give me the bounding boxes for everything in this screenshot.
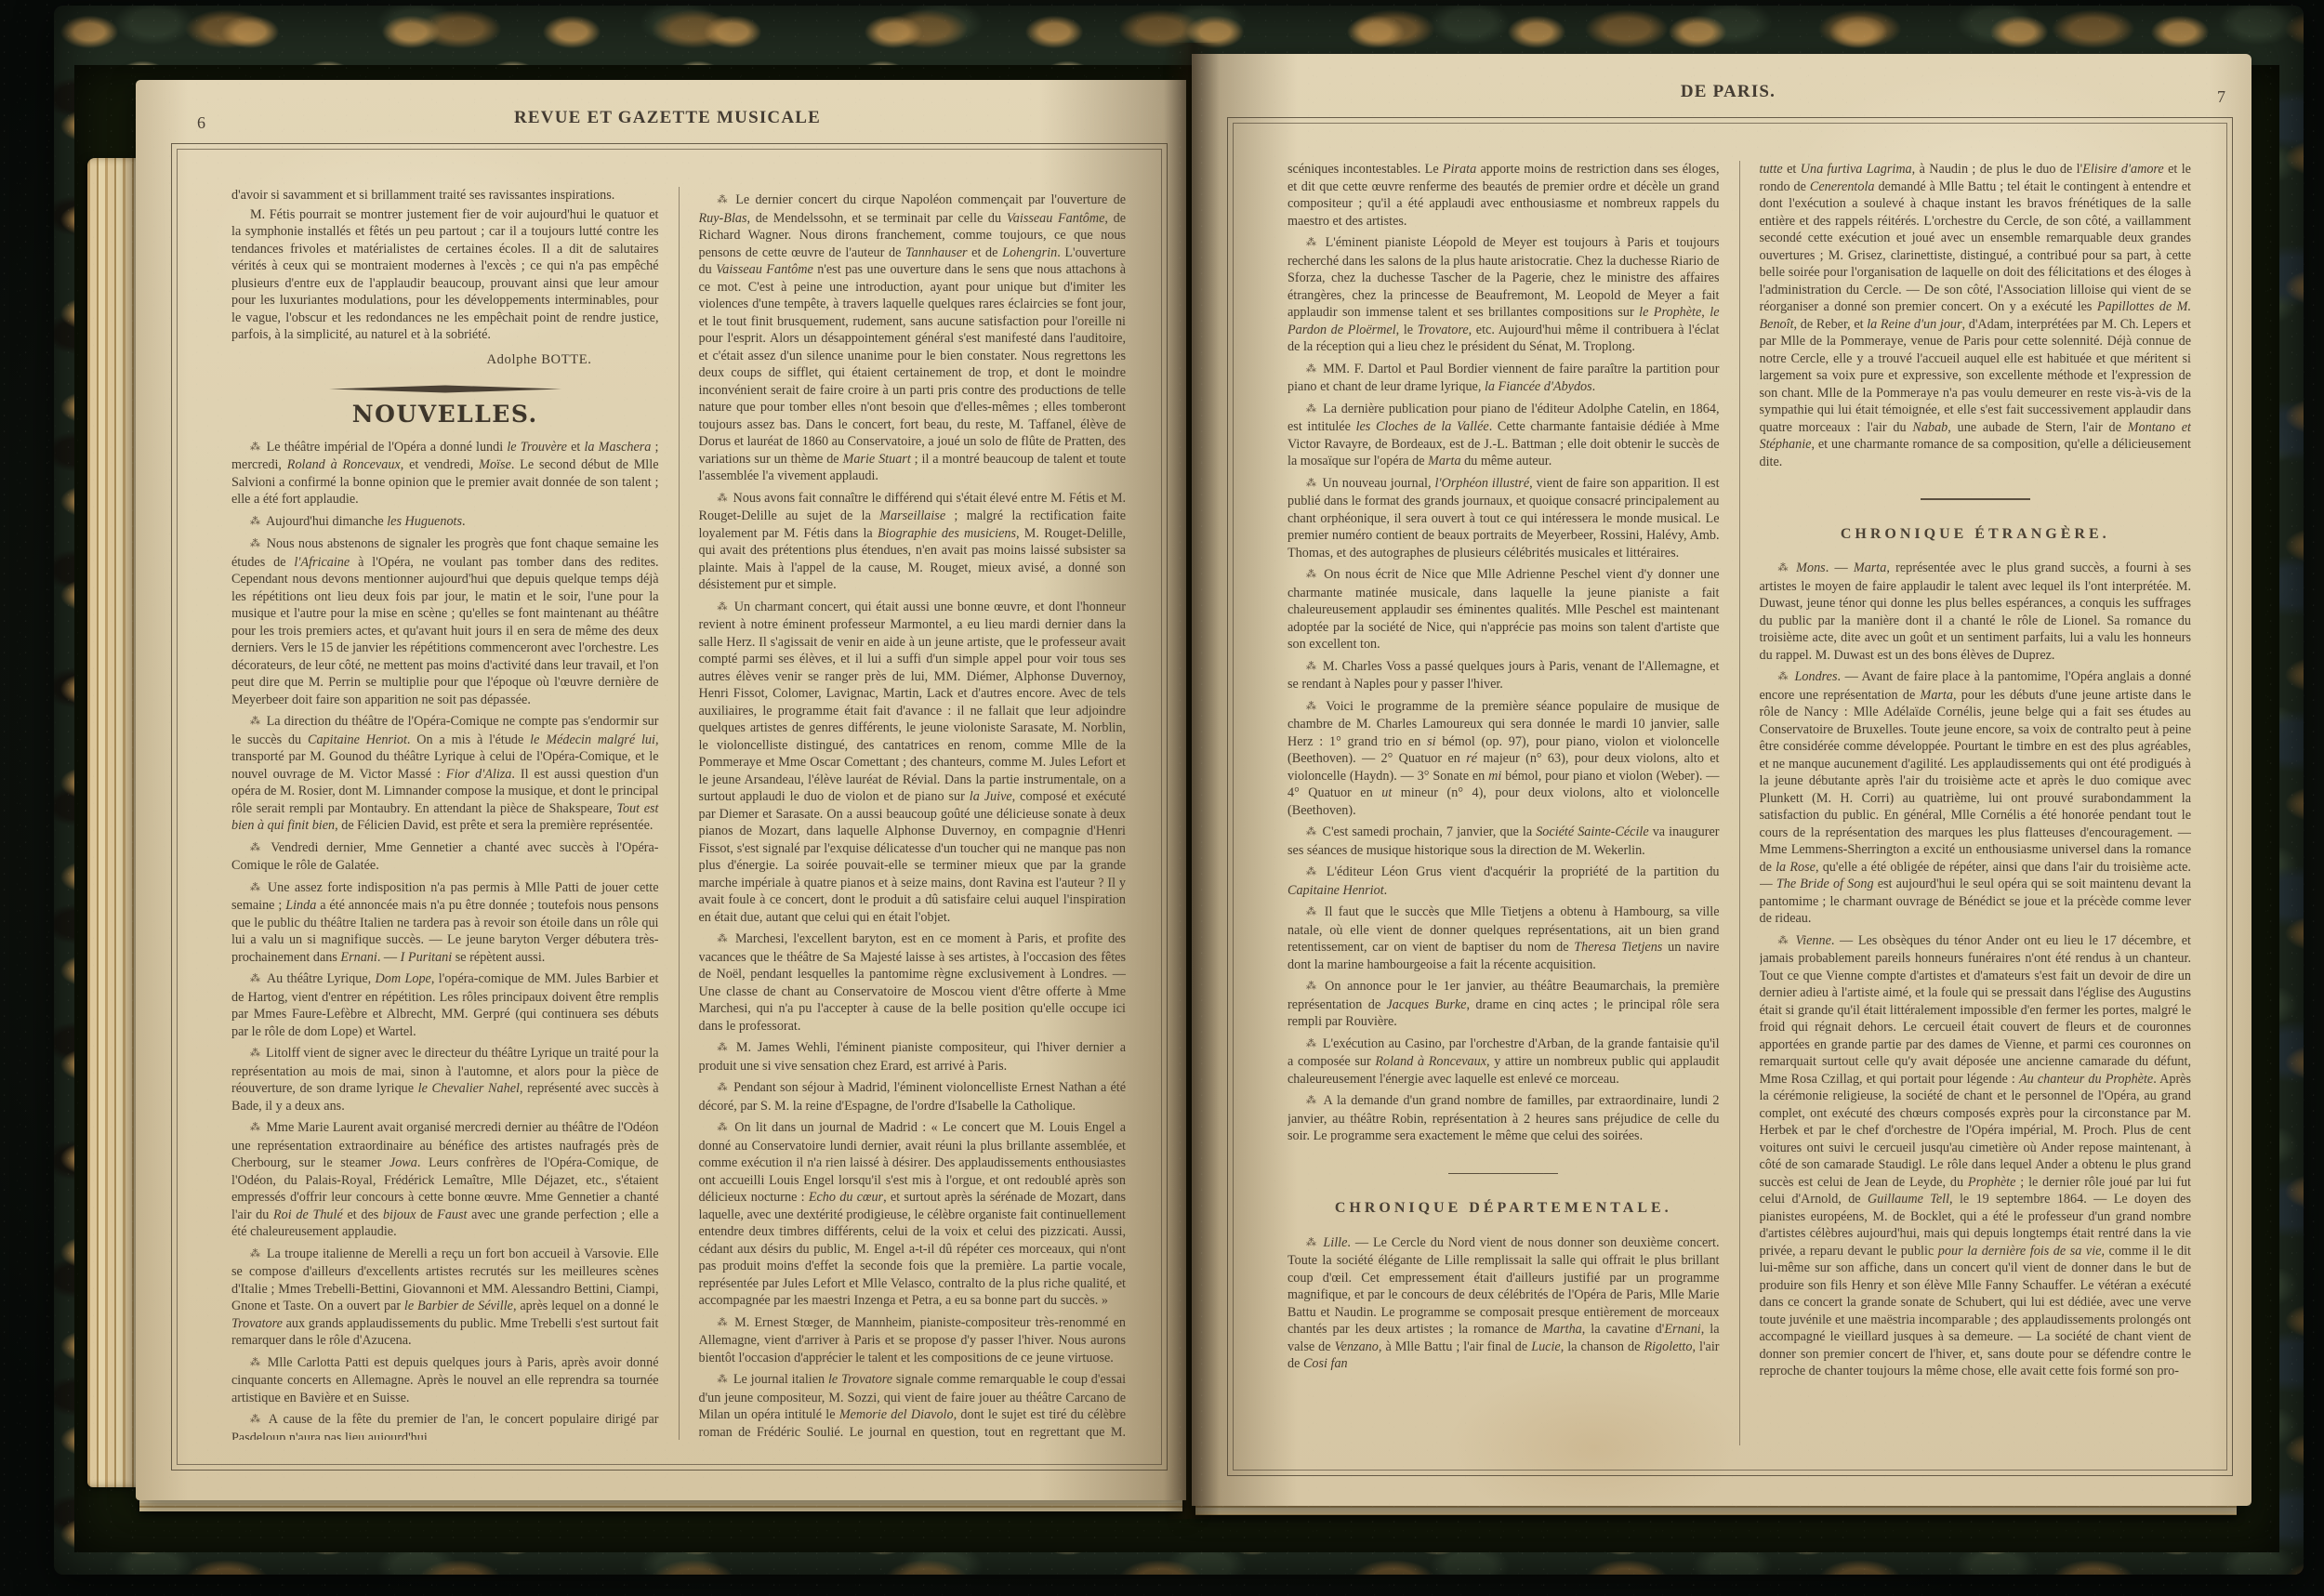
- asterism-marker: ⁂: [1306, 1038, 1318, 1049]
- asterism-marker: ⁂: [250, 1122, 261, 1133]
- asterism-marker: ⁂: [1306, 478, 1317, 489]
- news-item: ⁂M. James Wehli, l'éminent pianiste comp…: [699, 1039, 1127, 1075]
- asterism-marker: ⁂: [1778, 935, 1791, 946]
- asterism-marker: ⁂: [718, 1042, 732, 1053]
- news-item: ⁂A la demande d'un grand nombre de famil…: [1287, 1092, 1720, 1145]
- news-item: ⁂Un charmant concert, qui était aussi un…: [699, 599, 1127, 927]
- asterism-marker: ⁂: [718, 1374, 729, 1385]
- news-item: ⁂Nous nous abstenons de signaler les pro…: [231, 535, 659, 708]
- book-scan-photograph: 6 REVUE ET GAZETTE MUSICALE d'avoir si s…: [0, 0, 2324, 1596]
- column-divider-rule: [679, 187, 680, 1440]
- asterism-marker: ⁂: [718, 493, 729, 504]
- journal-title-running-head: REVUE ET GAZETTE MUSICALE: [169, 108, 1166, 128]
- asterism-marker: ⁂: [1306, 701, 1321, 712]
- asterism-marker: ⁂: [1306, 661, 1318, 672]
- news-item: ⁂Mons. — Marta, représentée avec le plus…: [1760, 560, 2192, 664]
- news-item: ⁂A cause de la fête du premier de l'an, …: [231, 1411, 659, 1440]
- news-item: ⁂On lit dans un journal de Madrid : « Le…: [699, 1119, 1127, 1310]
- news-item: ⁂Vendredi dernier, Mme Gennetier a chant…: [231, 839, 659, 875]
- tapered-rule-ornament: [231, 385, 659, 393]
- asterism-marker: ⁂: [1306, 981, 1320, 992]
- column-divider-rule: [1739, 161, 1740, 1445]
- page-border-frame: d'avoir si savamment et si brillamment t…: [171, 143, 1168, 1471]
- text-column-1: scéniques incontestables. Le Pirata appo…: [1287, 161, 1720, 1445]
- asterism-marker: ⁂: [250, 1414, 264, 1425]
- asterism-marker: ⁂: [1306, 237, 1321, 248]
- section-heading: CHRONIQUE ÉTRANGÈRE.: [1760, 526, 2192, 544]
- asterism-marker: ⁂: [250, 516, 261, 527]
- asterism-marker: ⁂: [250, 1357, 263, 1368]
- asterism-marker: ⁂: [250, 882, 263, 893]
- news-item: ⁂Londres. — Avant de faire place à la pa…: [1760, 668, 2192, 928]
- news-item: ⁂Lille. — Le Cercle du Nord vient de nou…: [1287, 1234, 1720, 1373]
- asterism-marker: ⁂: [1306, 866, 1322, 877]
- news-item: ⁂L'exécution au Casino, par l'orchestre …: [1287, 1035, 1720, 1088]
- news-item: ⁂M. Charles Voss a passé quelques jours …: [1287, 658, 1720, 693]
- diamond-rule-glyph: [329, 385, 561, 393]
- page-edges-left-stack: [87, 158, 141, 1487]
- asterism-marker: ⁂: [718, 1317, 731, 1328]
- news-item: ⁂La troupe italienne de Merelli a reçu u…: [231, 1246, 659, 1350]
- news-item: ⁂L'éditeur Léon Grus vient d'acquérir la…: [1287, 864, 1720, 899]
- asterism-marker: ⁂: [718, 601, 730, 613]
- news-item: ⁂Le dernier concert du cirque Napoléon c…: [699, 191, 1127, 485]
- news-item: ⁂Mme Marie Laurent avait organisé mercre…: [231, 1119, 659, 1241]
- asterism-marker: ⁂: [1306, 569, 1319, 580]
- divider-rule: [1921, 498, 2030, 500]
- page-number: 7: [2217, 87, 2225, 107]
- news-item: ⁂Litolff vient de signer avec le directe…: [231, 1045, 659, 1115]
- asterism-marker: ⁂: [1306, 363, 1318, 375]
- news-item: ⁂Il faut que le succès que Mlle Tietjens…: [1287, 904, 1720, 973]
- text-column-2: ⁂Le dernier concert du cirque Napoléon c…: [699, 187, 1127, 1440]
- page-border-frame: scéniques incontestables. Le Pirata appo…: [1227, 117, 2233, 1476]
- asterism-marker: ⁂: [1306, 403, 1318, 415]
- news-item: ⁂On annonce pour le 1er janvier, au théâ…: [1287, 978, 1720, 1031]
- news-item: ⁂Voici le programme de la première séanc…: [1287, 698, 1720, 820]
- right-page: DE PARIS. 7 scéniques incontestables. Le…: [1192, 54, 2251, 1506]
- asterism-marker: ⁂: [718, 933, 731, 944]
- news-item: ⁂La dernière publication pour piano de l…: [1287, 401, 1720, 470]
- news-item: ⁂Le journal italien le Trovatore signale…: [699, 1371, 1127, 1440]
- running-head-right: DE PARIS. 7: [1225, 82, 2231, 110]
- continued-paragraph: tutte et Una furtiva Lagrima, à Naudin ;…: [1760, 161, 2192, 470]
- asterism-marker: ⁂: [1306, 1095, 1319, 1106]
- news-item: ⁂On nous écrit de Nice que Mlle Adrienne…: [1287, 566, 1720, 653]
- divider-rule: [1448, 1173, 1558, 1175]
- asterism-marker: ⁂: [1778, 562, 1792, 574]
- asterism-marker: ⁂: [250, 442, 262, 453]
- news-item: ⁂C'est samedi prochain, 7 janvier, que l…: [1287, 824, 1720, 859]
- asterism-marker: ⁂: [250, 716, 262, 727]
- asterism-marker: ⁂: [250, 973, 262, 984]
- news-item: ⁂Mlle Carlotta Patti est depuis quelques…: [231, 1354, 659, 1407]
- continued-paragraph: d'avoir si savamment et si brillamment t…: [231, 187, 659, 204]
- asterism-marker: ⁂: [250, 538, 262, 549]
- left-page: 6 REVUE ET GAZETTE MUSICALE d'avoir si s…: [136, 80, 1186, 1500]
- asterism-marker: ⁂: [718, 1122, 731, 1133]
- asterism-marker: ⁂: [250, 842, 266, 853]
- news-item: ⁂Aujourd'hui dimanche les Huguenots.: [231, 513, 659, 532]
- asterism-marker: ⁂: [1306, 1237, 1318, 1248]
- section-heading: NOUVELLES.: [231, 406, 659, 424]
- news-item: ⁂Nous avons fait connaître le différend …: [699, 490, 1127, 594]
- news-item: ⁂L'éminent pianiste Léopold de Meyer est…: [1287, 234, 1720, 356]
- text-column-1: d'avoir si savamment et si brillamment t…: [231, 187, 659, 1440]
- asterism-marker: ⁂: [718, 1082, 730, 1093]
- author-signature: Adolphe BOTTE.: [231, 351, 659, 369]
- news-item: ⁂Pendant son séjour à Madrid, l'éminent …: [699, 1079, 1127, 1115]
- page-number: 6: [197, 113, 205, 133]
- news-item: ⁂Le théâtre impérial de l'Opéra a donné …: [231, 439, 659, 508]
- asterism-marker: ⁂: [250, 1248, 262, 1260]
- journal-title-running-head: DE PARIS.: [1225, 82, 2231, 102]
- news-item: ⁂MM. F. Dartol et Paul Bordier viennent …: [1287, 361, 1720, 396]
- asterism-marker: ⁂: [1778, 671, 1790, 682]
- news-item: ⁂Marchesi, l'excellent baryton, est en c…: [699, 930, 1127, 1035]
- section-heading: CHRONIQUE DÉPARTEMENTALE.: [1287, 1200, 1720, 1218]
- asterism-marker: ⁂: [718, 194, 732, 205]
- news-item: ⁂M. Ernest Stœger, de Mannheim, pianiste…: [699, 1314, 1127, 1367]
- news-item: ⁂Une assez forte indisposition n'a pas p…: [231, 879, 659, 967]
- continued-paragraph: scéniques incontestables. Le Pirata appo…: [1287, 161, 1720, 230]
- asterism-marker: ⁂: [1306, 826, 1318, 838]
- asterism-marker: ⁂: [1306, 906, 1320, 917]
- text-column-2: tutte et Una furtiva Lagrima, à Naudin ;…: [1760, 161, 2192, 1445]
- asterism-marker: ⁂: [250, 1048, 261, 1059]
- news-item: ⁂La direction du théâtre de l'Opéra-Comi…: [231, 713, 659, 835]
- paragraph: M. Fétis pourrait se montrer justement f…: [231, 206, 659, 344]
- news-item: ⁂Un nouveau journal, l'Orphéon illustré,…: [1287, 475, 1720, 562]
- running-head-left: 6 REVUE ET GAZETTE MUSICALE: [169, 108, 1166, 136]
- news-item: ⁂Au théâtre Lyrique, Dom Lope, l'opéra-c…: [231, 970, 659, 1040]
- news-item: ⁂Vienne. — Les obsèques du ténor Ander o…: [1760, 932, 2192, 1380]
